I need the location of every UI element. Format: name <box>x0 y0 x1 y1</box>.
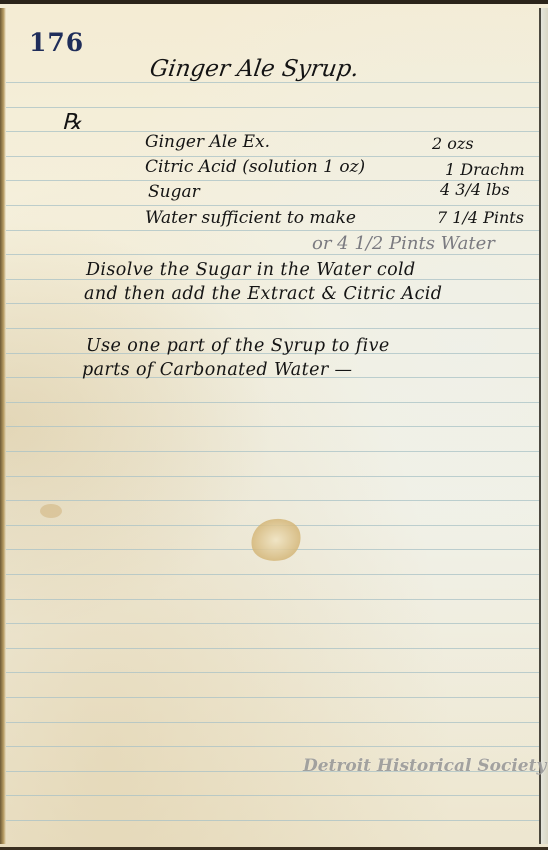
ingredient-name: Water sufficient to make <box>145 208 356 228</box>
rule-line <box>6 795 539 796</box>
rule-line <box>6 648 539 649</box>
rule-line <box>6 476 539 477</box>
rule-line <box>6 451 539 452</box>
ingredient-quantity: 2 ozs <box>432 134 474 153</box>
rule-line <box>6 254 539 255</box>
rule-line <box>6 131 539 132</box>
instruction-line: Disolve the Sugar in the Water cold <box>86 260 416 280</box>
ingredient-quantity: 7 1/4 Pints <box>437 208 524 227</box>
rule-line <box>6 697 539 698</box>
rx-symbol: ℞ <box>62 110 82 135</box>
ingredient-quantity: 4 3/4 lbs <box>440 180 510 199</box>
instruction-line: and then add the Extract & Citric Acid <box>84 284 442 304</box>
pencil-annotation: or 4 1/2 Pints Water <box>312 233 495 254</box>
rule-line <box>6 599 539 600</box>
rule-line <box>6 107 539 108</box>
rule-line <box>6 574 539 575</box>
page-number: 176 <box>29 28 84 57</box>
watermark: Detroit Historical Society <box>303 756 546 776</box>
ingredient-name: Ginger Ale Ex. <box>145 132 270 152</box>
rule-line <box>6 500 539 501</box>
rule-line <box>6 722 539 723</box>
rule-line <box>6 426 539 427</box>
page-right-strip <box>540 8 548 844</box>
ledger-page: 176 Ginger Ale Syrup. ℞ Ginger Ale Ex. 2… <box>0 0 548 850</box>
instruction-line: Use one part of the Syrup to five <box>86 336 390 356</box>
rule-line <box>6 672 539 673</box>
ingredient-quantity: 1 Drachm <box>445 160 525 179</box>
page-gutter-line <box>539 8 541 844</box>
ingredient-name: Sugar <box>148 182 200 202</box>
rule-line <box>6 205 539 206</box>
rule-line <box>6 402 539 403</box>
rule-line <box>6 746 539 747</box>
recipe-title: Ginger Ale Syrup. <box>148 56 360 82</box>
paper-stain-small <box>40 504 62 518</box>
rule-line <box>6 623 539 624</box>
rule-line <box>6 230 539 231</box>
instruction-line: parts of Carbonated Water — <box>82 360 352 380</box>
rule-line <box>6 820 539 821</box>
ingredient-name: Citric Acid (solution 1 oz) <box>145 157 365 177</box>
rule-line <box>6 328 539 329</box>
paper-stain <box>247 514 305 565</box>
rule-line <box>6 82 539 83</box>
